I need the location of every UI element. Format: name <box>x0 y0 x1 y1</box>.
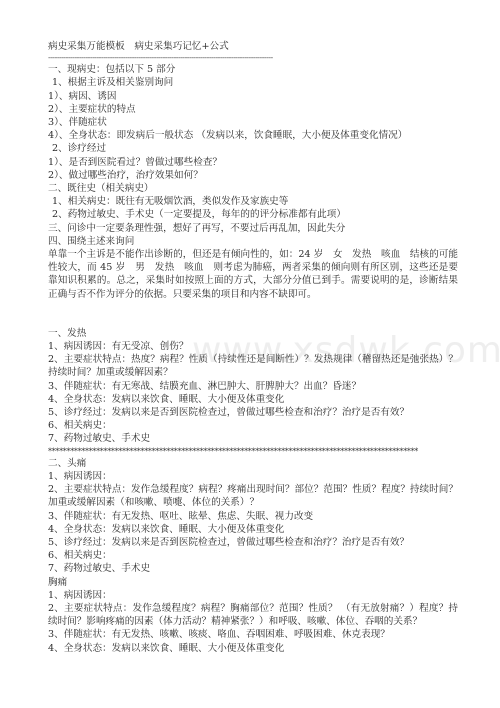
intro-line: 2）、主要症状的特点 <box>48 103 458 116</box>
section-headache: 二、头痛 1、病因诱因： 2、主要症状特点：发作急缓程度？病程？疼痛出现时间？部… <box>48 457 458 576</box>
document-body: 病史采集万能模板 病史采集巧记忆+公式 --------------------… <box>48 40 458 655</box>
section-item: 7、药物过敏史、手术史 <box>48 432 458 445</box>
intro-paragraph: 单靠一个主诉是不能作出诊断的，但还是有倾向性的，如：24 岁 女 发热 咳血 结… <box>48 248 458 301</box>
intro-line: 1、相关病史：既往有无吸烟饮酒，类似发作及家族史等 <box>48 195 458 208</box>
blank-space <box>48 301 458 327</box>
section-item: 1、病因诱因： <box>48 470 458 483</box>
section-item: 3、伴随症状：有无发热、咳嗽、咳痰、咯血、吞咽困难、呼吸困难、休克表现？ <box>48 628 458 641</box>
section-item: 4、全身状态：发病以来饮食、睡眠、大小便及体重变化 <box>48 523 458 536</box>
intro-section: 一、现病史：包括以下 5 部分 1、根据主诉及相关鉴别询问 1）、病因、诱因 2… <box>48 63 458 301</box>
dashed-divider: ----------------------------------------… <box>48 53 294 63</box>
section-item: 6、相关病史： <box>48 419 458 432</box>
intro-line: 三、问诊中一定要条理性强，想好了再写，不要过后再乱加，因此失分 <box>48 222 458 235</box>
intro-line: 二、既往史（相关病史） <box>48 182 458 195</box>
section-item: 1、病因诱因：有无受凉、创伤？ <box>48 340 458 353</box>
document-title: 病史采集万能模板 病史采集巧记忆+公式 <box>48 40 458 53</box>
section-heading: 一、发热 <box>48 327 458 340</box>
section-item: 4、全身状态：发病以来饮食、睡眠、大小便及体重变化 <box>48 393 458 406</box>
section-item: 2、主要症状特点：发作急缓程度？病程？胸痛部位？范围？性质？ （有无放射痛？）程… <box>48 602 458 628</box>
intro-line: 1）、是否到医院看过？曾做过哪些检查？ <box>48 156 458 169</box>
section-item: 5、诊疗经过：发病以来是否到医院检查过，曾做过哪些检查和治疗？治疗是否有效？ <box>48 536 458 549</box>
section-fever: 一、发热 1、病因诱因：有无受凉、创伤？ 2、主要症状特点：热度？病程？性质（持… <box>48 327 458 446</box>
section-heading: 胸痛 <box>48 576 458 589</box>
intro-line: 1）、病因、诱因 <box>48 90 458 103</box>
section-item: 1、病因诱因： <box>48 589 458 602</box>
section-item: 4、全身状态：发病以来饮食、睡眠、大小便及体重变化 <box>48 642 458 655</box>
section-item: 6、相关病史： <box>48 549 458 562</box>
intro-line: 2、药物过敏史、手术史（一定要提及，每年的的评分标准都有此项） <box>48 208 458 221</box>
intro-line: 一、现病史：包括以下 5 部分 <box>48 63 458 76</box>
section-item: 3、伴随症状：有无发热、呕吐、眩晕、焦虑、失眠、视力改变 <box>48 510 458 523</box>
intro-line: 2、诊疗经过 <box>48 142 458 155</box>
section-item: 5、诊疗经过：发病以来是否到医院检查过，曾做过哪些检查和治疗？治疗是否有效？ <box>48 406 458 419</box>
intro-line: 四、围绕主述来询问 <box>48 235 458 248</box>
section-item: 3、伴随症状：有无寒战、结膜充血、淋巴肿大、肝脾肿大？出血？昏迷？ <box>48 380 458 393</box>
document-page: www.xsdwk.com 病史采集万能模板 病史采集巧记忆+公式 ------… <box>0 0 500 708</box>
section-item: 7、药物过敏史、手术史 <box>48 562 458 575</box>
star-separator: ****************************************… <box>48 446 428 457</box>
intro-line: 2）、做过哪些治疗，治疗效果如何？ <box>48 169 458 182</box>
intro-line: 3）、伴随症状 <box>48 116 458 129</box>
section-heading: 二、头痛 <box>48 457 458 470</box>
intro-line: 1、根据主诉及相关鉴别询问 <box>48 76 458 89</box>
section-chest-pain: 胸痛 1、病因诱因： 2、主要症状特点：发作急缓程度？病程？胸痛部位？范围？性质… <box>48 576 458 655</box>
section-item: 2、主要症状特点：热度？病程？性质（持续性还是间断性）？发热规律（稽留热还是弛张… <box>48 353 458 379</box>
section-item: 2、主要症状特点：发作急缓程度？病程？疼痛出现时间？部位？范围？性质？程度？持续… <box>48 483 458 509</box>
intro-line: 4）、全身状态：即发病后一般状态 （发病以来，饮食睡眠，大小便及体重变化情况） <box>48 129 458 142</box>
